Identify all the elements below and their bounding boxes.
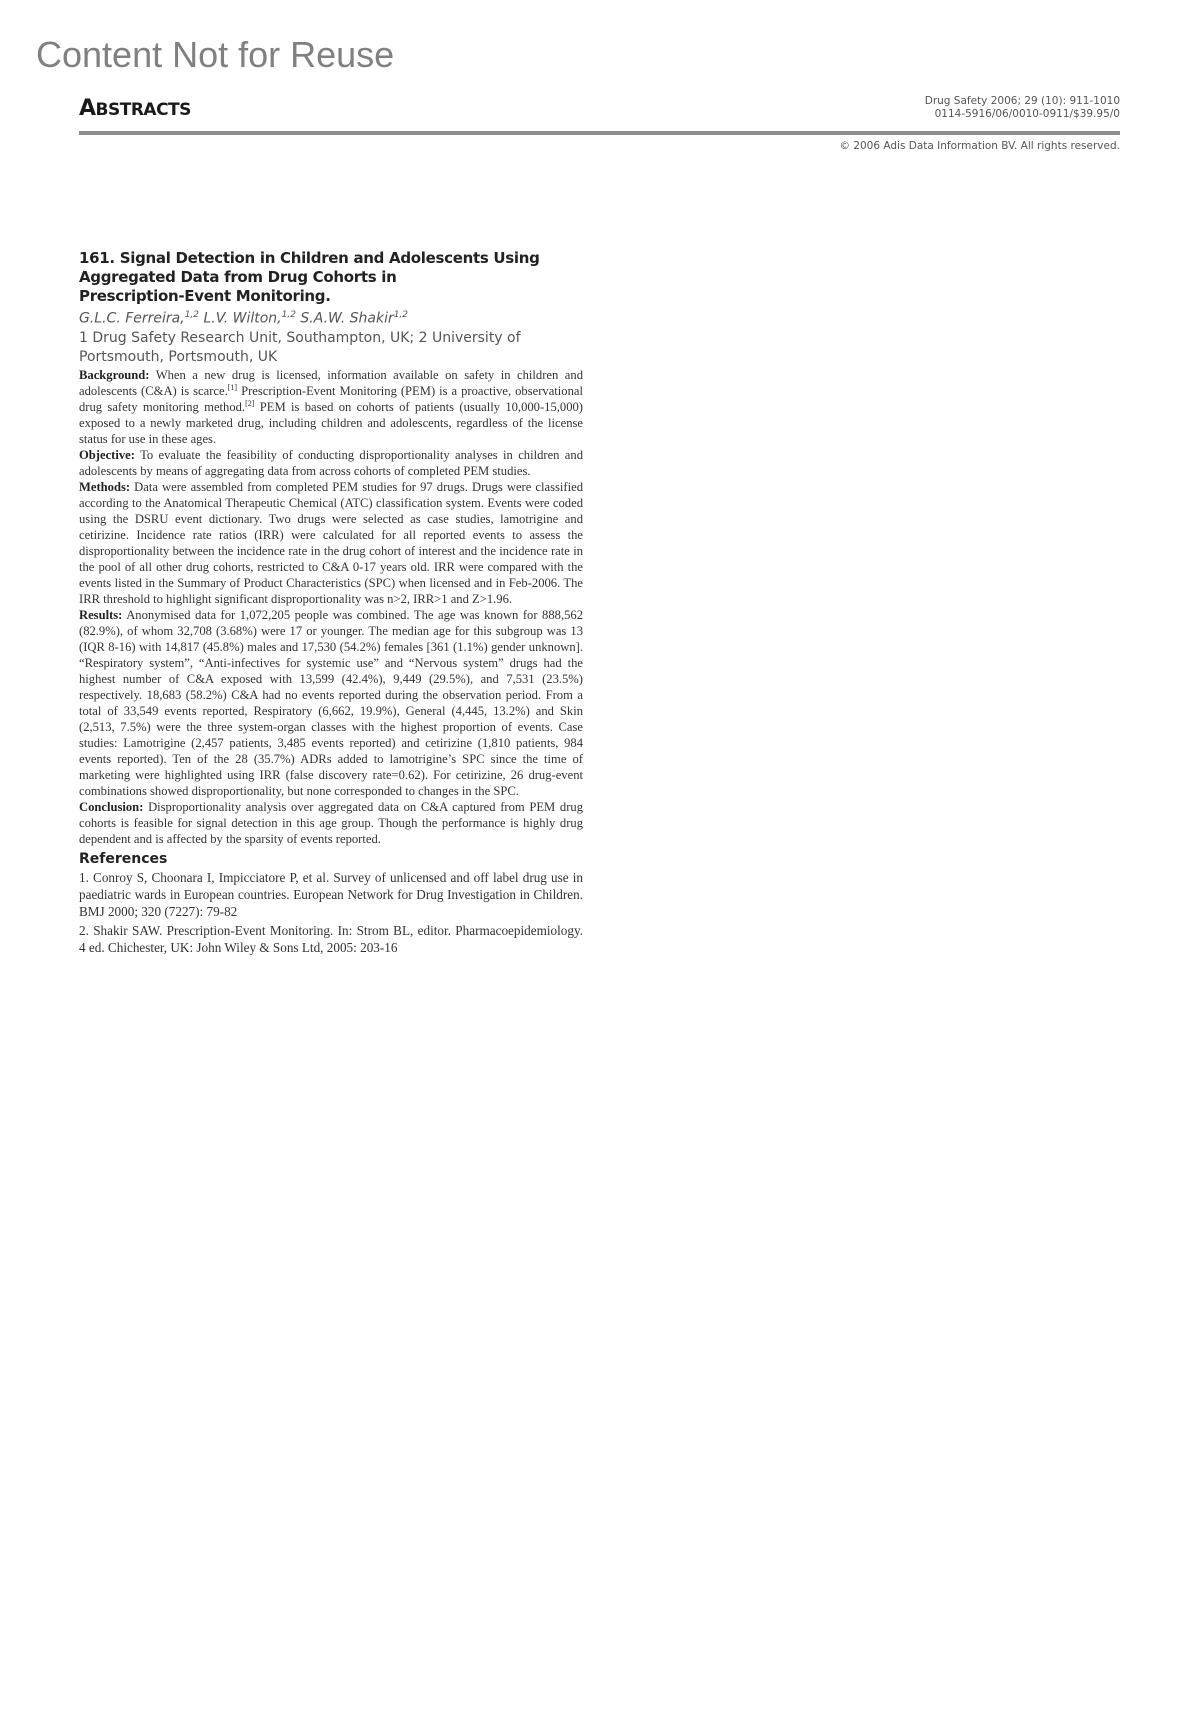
background-label: Background: <box>79 368 149 382</box>
copyright-notice: © 2006 Adis Data Information BV. All rig… <box>839 140 1120 152</box>
objective-label: Objective: <box>79 448 135 462</box>
objective-text: To evaluate the feasibility of conductin… <box>79 448 583 478</box>
section-title-initial: A <box>79 96 96 121</box>
journal-citation: Drug Safety 2006; 29 (10): 911-1010 0114… <box>925 95 1120 121</box>
header-divider <box>79 131 1120 135</box>
journal-citation-line-1: Drug Safety 2006; 29 (10): 911-1010 <box>925 95 1120 108</box>
section-title: ABSTRACTS <box>79 96 191 121</box>
citation-marker[interactable]: [2] <box>245 398 254 407</box>
abstract-title-line-1: 161. Signal Detection in Children and Ad… <box>79 249 540 267</box>
objective-section: Objective: To evaluate the feasibility o… <box>79 447 583 479</box>
methods-section: Methods: Data were assembled from comple… <box>79 479 583 607</box>
references-heading: References <box>79 849 583 869</box>
author-list: G.L.C. Ferreira,1,2 L.V. Wilton,1,2 S.A.… <box>79 306 583 329</box>
section-title-rest: BSTRACTS <box>96 100 191 120</box>
methods-label: Methods: <box>79 480 130 494</box>
conclusion-label: Conclusion: <box>79 800 143 814</box>
reference-item: 1. Conroy S, Choonara I, Impicciatore P,… <box>79 869 583 920</box>
results-label: Results: <box>79 608 122 622</box>
reference-item: 2. Shakir SAW. Prescription-Event Monito… <box>79 922 583 956</box>
background-section: Background: When a new drug is licensed,… <box>79 367 583 447</box>
author-affiliation-marker: 1,2 <box>282 310 296 320</box>
results-section: Results: Anonymised data for 1,072,205 p… <box>79 607 583 799</box>
methods-text: Data were assembled from completed PEM s… <box>79 480 583 606</box>
author-affiliation-marker: 1,2 <box>185 310 199 320</box>
abstract: 161. Signal Detection in Children and Ad… <box>79 249 583 958</box>
abstract-title-line-3: Prescription-Event Monitoring. <box>79 287 331 305</box>
author-affiliation-marker: 1,2 <box>394 310 408 320</box>
conclusion-text: Disproportionality analysis over aggrega… <box>79 800 583 846</box>
citation-marker[interactable]: [1] <box>228 382 237 391</box>
abstract-title-line-2: Aggregated Data from Drug Cohorts in <box>79 268 397 286</box>
author-name: S.A.W. Shakir <box>300 311 393 327</box>
conclusion-section: Conclusion: Disproportionality analysis … <box>79 799 583 847</box>
author-name: G.L.C. Ferreira, <box>79 311 185 327</box>
abstract-title: 161. Signal Detection in Children and Ad… <box>79 249 583 306</box>
affiliations: 1 Drug Safety Research Unit, Southampton… <box>79 329 583 367</box>
watermark: Content Not for Reuse <box>36 34 394 76</box>
author-name: L.V. Wilton, <box>203 311 281 327</box>
results-text: Anonymised data for 1,072,205 people was… <box>79 608 583 798</box>
journal-citation-line-2: 0114-5916/06/0010-0911/$39.95/0 <box>925 108 1120 121</box>
